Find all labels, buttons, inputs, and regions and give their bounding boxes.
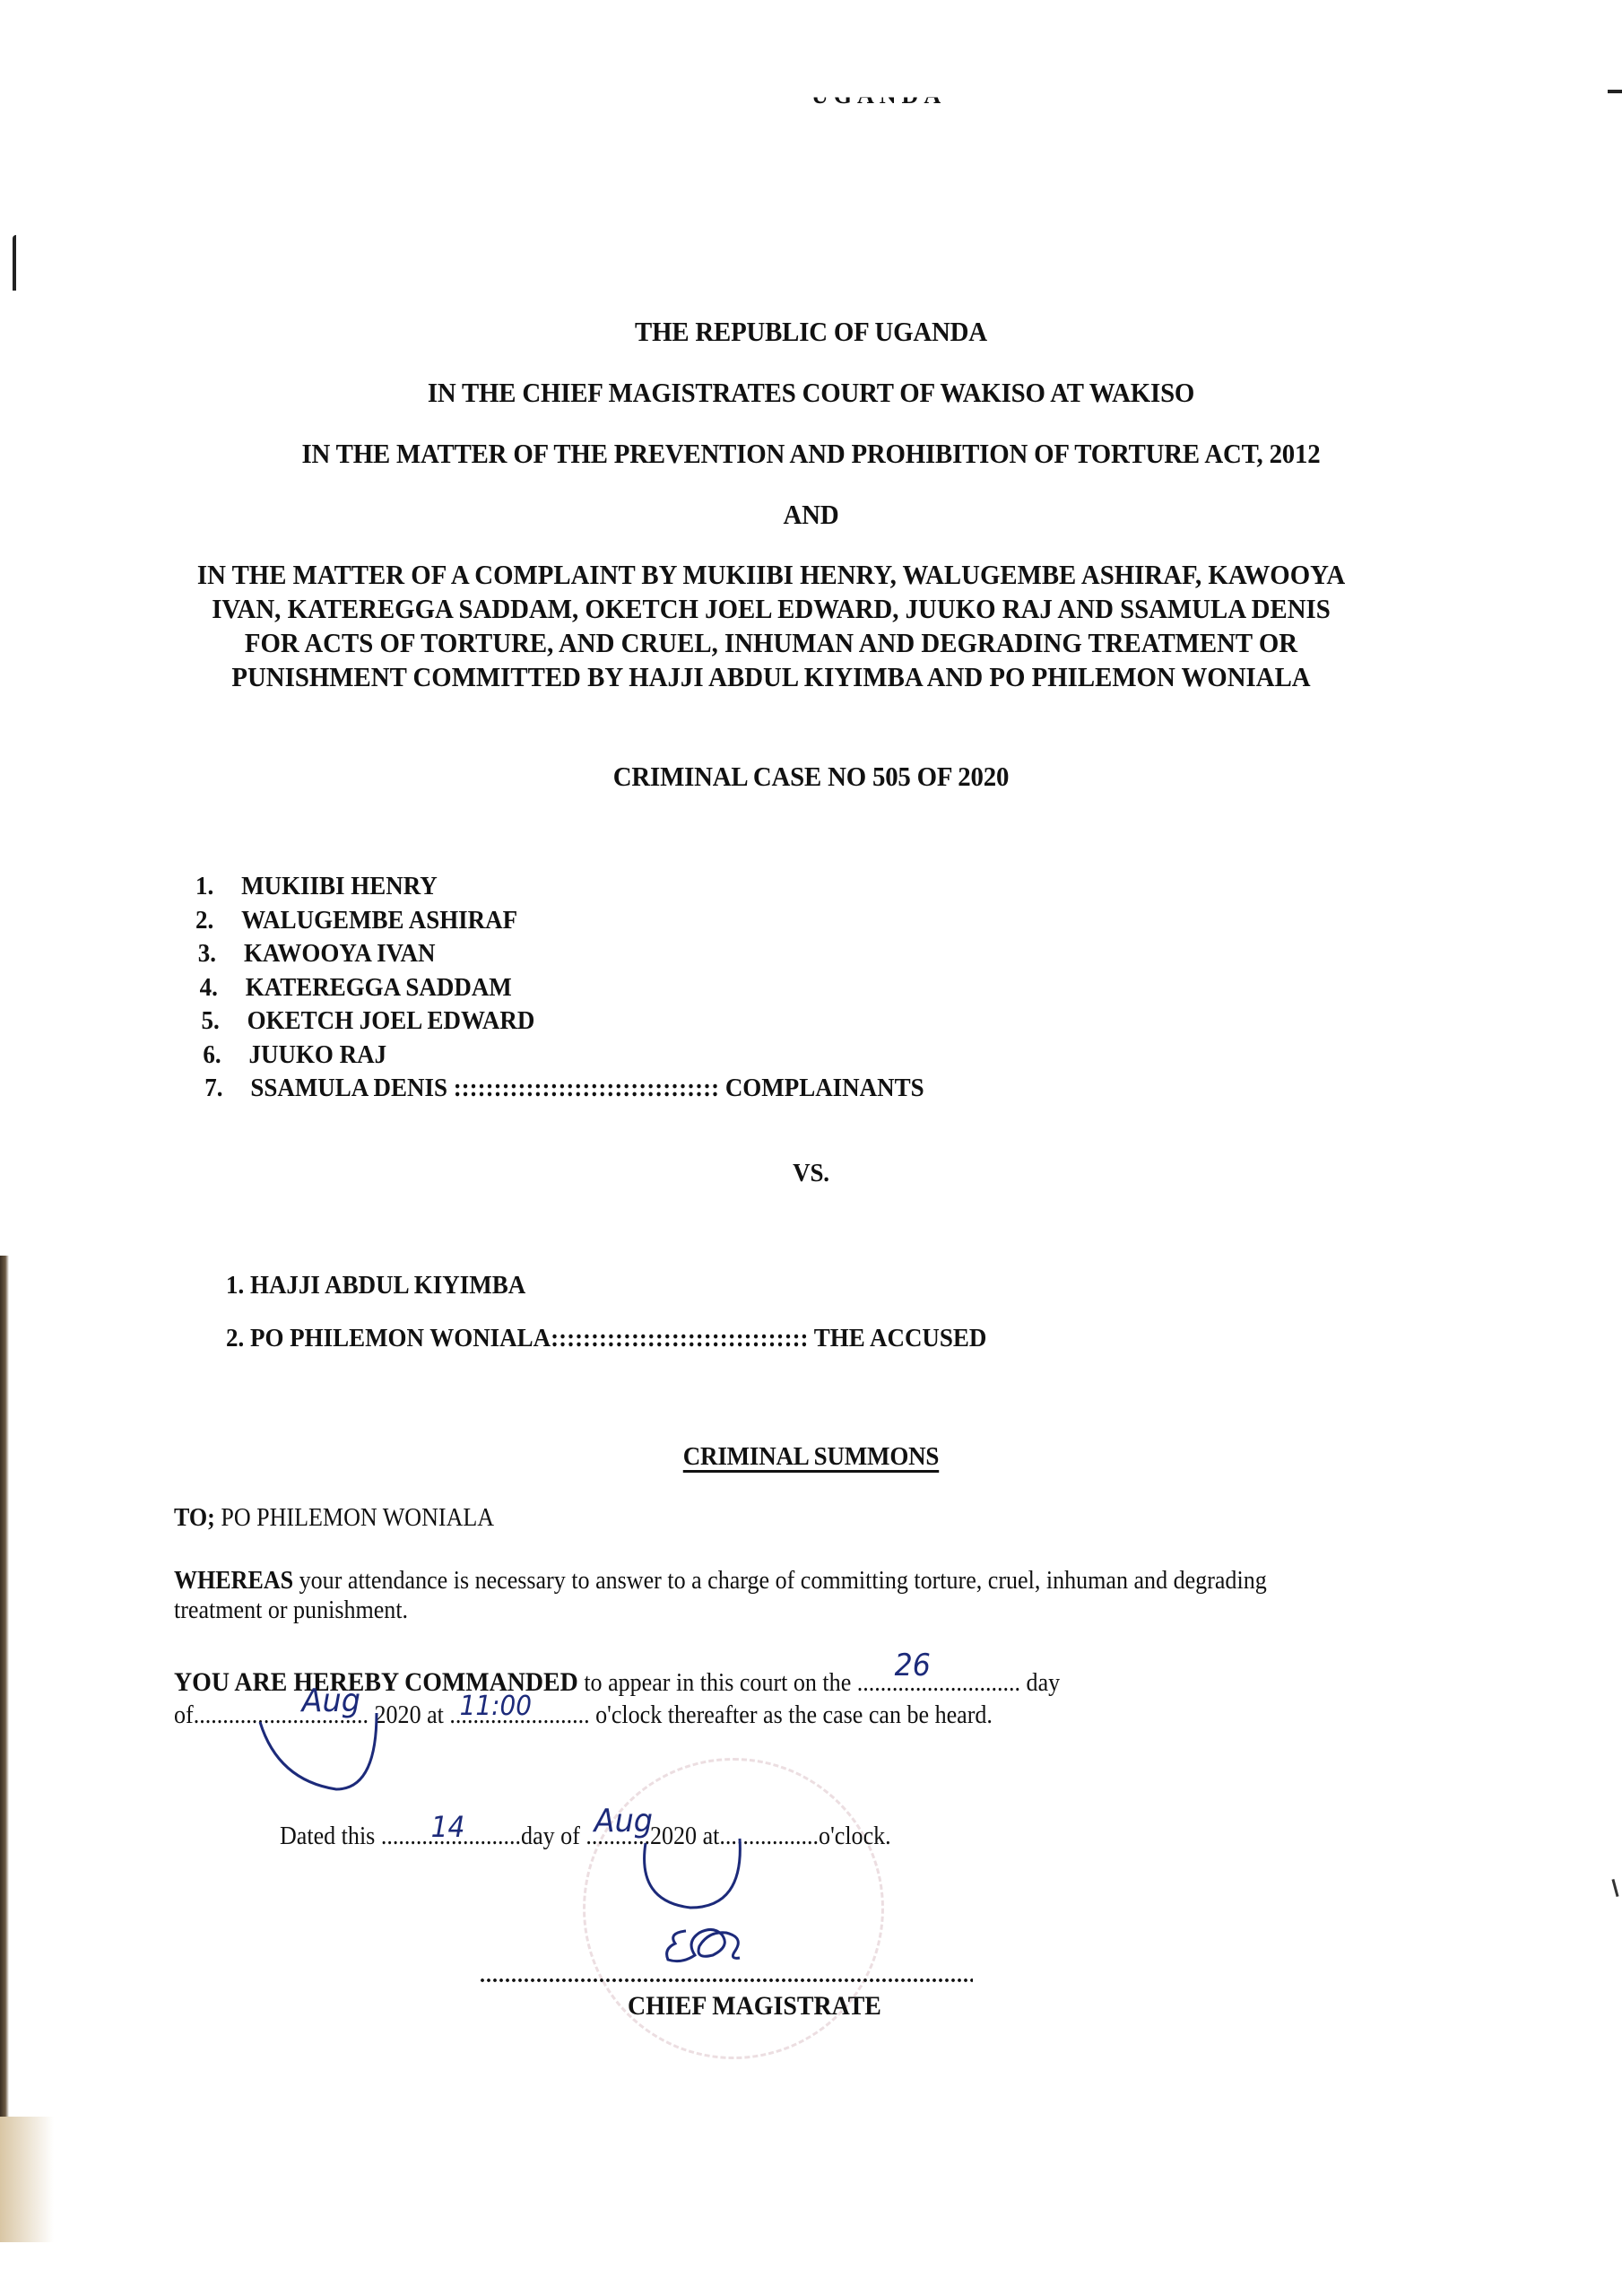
header-and: AND [0, 499, 1622, 531]
complainants-list: 1.MUKIIBI HENRY 2.WALUGEMBE ASHIRAF 3.KA… [195, 870, 924, 1106]
page-edge-stain [0, 2117, 54, 2242]
complainant-item: 3.KAWOOYA IVAN [195, 937, 924, 971]
complainant-item: 6.JUUKO RAJ [195, 1039, 924, 1073]
signature-title: CHIEF MAGISTRATE [628, 1991, 881, 2022]
complainants-label: COMPLAINANTS [725, 1074, 924, 1102]
accused-item: 2. PO PHILEMON WONIALA::::::::::::::::::… [226, 1322, 986, 1356]
complainant-item: 5.OKETCH JOEL EDWARD [195, 1004, 924, 1039]
complainant-item: 1.MUKIIBI HENRY [195, 870, 924, 904]
handwritten-flourish [251, 1704, 395, 1803]
page-edge-shadow [0, 1256, 9, 2117]
header-matter-act: IN THE MATTER OF THE PREVENTION AND PROH… [0, 438, 1622, 470]
complainant-item: 2.WALUGEMBE ASHIRAF [195, 904, 924, 938]
summons-recipient: TO; PO PHILEMON WONIALA [174, 1504, 494, 1533]
accused-item: 1. HAJJI ABDUL KIYIMBA [226, 1269, 986, 1303]
header-republic: THE REPUBLIC OF UGANDA [0, 316, 1622, 348]
scan-edge-tick [1611, 1879, 1618, 1897]
binder-clip-mark [13, 235, 22, 291]
complainant-item: 4.KATEREGGA SADDAM [195, 971, 924, 1005]
case-number: CRIMINAL CASE NO 505 OF 2020 [0, 761, 1622, 793]
magistrate-signature [659, 1924, 749, 1969]
scan-edge-mark [1608, 90, 1622, 93]
accused-list: 1. HAJJI ABDUL KIYIMBA 2. PO PHILEMON WO… [226, 1269, 986, 1355]
dated-line: Dated this ........................14day… [280, 1822, 891, 1851]
header-matter-complaint: IN THE MATTER OF A COMPLAINT BY MUKIIBI … [143, 558, 1399, 694]
complainant-item: 7.SSAMULA DENIS ::::::::::::::::::::::::… [195, 1072, 924, 1106]
handwritten-dated-day: 14 [431, 1810, 465, 1844]
accused-label: THE ACCUSED [814, 1324, 987, 1352]
summons-title: CRIMINAL SUMMONS [0, 1442, 1622, 1472]
handwritten-flourish-dated [628, 1834, 762, 1915]
handwritten-time: 11:00 [460, 1691, 532, 1723]
handwritten-day: 26 [895, 1649, 931, 1682]
summons-whereas: WHEREAS your attendance is necessary to … [174, 1566, 1275, 1625]
cut-off-header-text: UGANDA [811, 83, 946, 109]
versus: VS. [0, 1159, 1622, 1188]
header-court: IN THE CHIEF MAGISTRATES COURT OF WAKISO… [0, 377, 1622, 409]
signature-line: ........................................… [480, 1964, 973, 1988]
